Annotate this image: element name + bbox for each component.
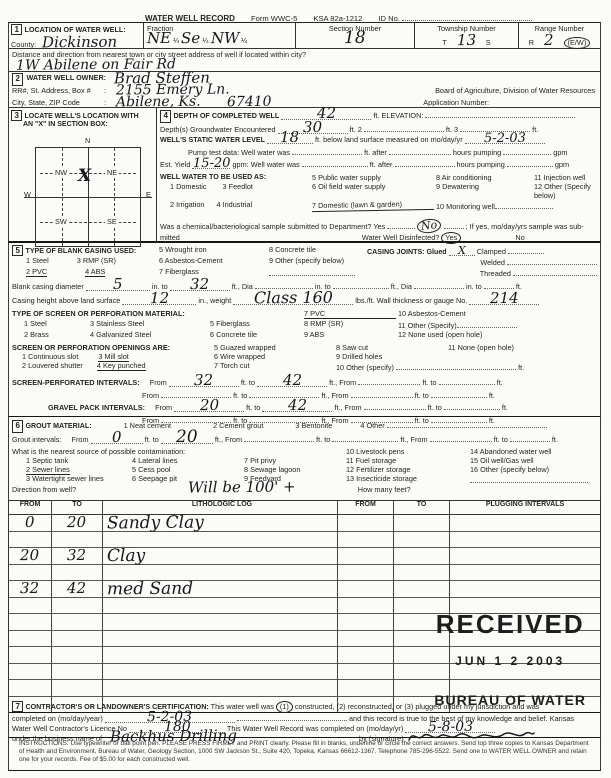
county-value: Dickinson — [42, 35, 117, 51]
section6-number: 6 — [12, 420, 23, 433]
elevation-label: ft. ELEVATION: — [373, 111, 423, 120]
pump-gpm-label: gpm — [553, 148, 567, 157]
contam-option-10: 10 Livestock pens — [346, 447, 468, 456]
section2-number: 2 — [12, 73, 23, 86]
screen-option-10: 10 Asbestos-Cement — [398, 309, 597, 319]
open-option-9: 9 Drilled holes — [336, 352, 446, 361]
record-date-value: 5-8-03 — [428, 720, 473, 734]
section1-township-cell: Township Number T 13 S — [415, 23, 519, 48]
dia-blank-5 — [484, 280, 514, 289]
casing-option-2-selected: 2 PVC — [26, 267, 47, 277]
depth-label: DEPTH OF COMPLETED WELL — [173, 111, 279, 120]
address-colon: : — [104, 86, 106, 97]
use-option-7-selected: 7 Domestic (lawn & garden) — [312, 199, 434, 212]
casing-weight-value: Class 160 — [254, 289, 333, 306]
elevation-blank — [425, 109, 575, 118]
grout-from-value: 0 — [112, 430, 122, 445]
spi-ft-end: ft. — [497, 378, 503, 387]
open-option-11: 11 None (open hole) — [448, 343, 597, 352]
contam-option-7: 7 Pit privy — [244, 456, 344, 465]
gi-ftto-2: ft. to — [316, 435, 330, 444]
disinfected-no: No — [515, 233, 524, 242]
use-option-3: 3 Feedlot — [223, 182, 253, 191]
gpi-from-label: From — [155, 403, 172, 412]
screen-option-12: 12 None used (open hole) — [398, 330, 597, 339]
id-no-blank — [402, 12, 532, 21]
contam-option-11: 11 Fuel storage — [346, 456, 468, 465]
casing-diameter-value: 5 — [113, 277, 123, 292]
section1-location: 1 LOCATION OF WATER WELL: County: Dickin… — [8, 22, 601, 49]
spi2-blank-a — [161, 389, 231, 398]
spi-from-value: 32 — [194, 373, 213, 388]
grout-option-4: 4 Other — [360, 421, 384, 430]
gi-ftto: ft. to — [145, 435, 159, 444]
spi-to-value: 42 — [282, 373, 301, 388]
pump-gpm-blank — [503, 146, 551, 155]
spi2-blank-c — [351, 389, 413, 398]
section-box-diagram: N S W E NW NE SW SE X — [23, 138, 153, 256]
screen-material-title: TYPE OF SCREEN OR PERFORATION MATERIAL: — [12, 309, 302, 319]
section3-number: 3 — [11, 110, 22, 121]
grout-intervals-label: Grout intervals: — [12, 435, 61, 444]
open-option-6: 6 Wire wrapped — [214, 352, 334, 361]
log-2-from: 20 — [20, 548, 39, 563]
yield-ft-blank — [302, 158, 368, 167]
section1-section-cell: Section Number 18 — [296, 23, 415, 48]
quarter-2: ¼ — [202, 36, 208, 45]
gi-from-label: From — [72, 435, 89, 444]
open-option-4-selected: 4 Key punched — [97, 361, 146, 371]
section2-owner: 2 WATER WELL OWNER: Brad Steffen RR#, St… — [8, 72, 601, 107]
log-1-to: 20 — [67, 515, 86, 530]
open-option-7: 7 Torch cut — [214, 361, 334, 372]
casing-option-8: 8 Concrete tile — [269, 245, 365, 256]
casing-title: TYPE OF BLANK CASING USED: — [25, 247, 136, 255]
gpi-ftto-2: ft. to — [428, 403, 442, 412]
screen-option-2: 2 Brass — [12, 330, 88, 339]
water-well-record-form: WATER WELL RECORD Form WWC-5 KSA 82a-121… — [0, 0, 611, 778]
open-option-5: 5 Guazed wrapped — [214, 343, 334, 352]
spi-from-label: From — [150, 378, 167, 387]
yield-hours-blank — [395, 158, 455, 167]
casing-other-blank — [269, 267, 355, 276]
spi2-ft-end: ft. — [489, 391, 495, 400]
spi2-ftfrom: ft., From — [321, 391, 348, 400]
log-3-from: 32 — [20, 581, 39, 596]
fraction-value-1: NE — [147, 31, 171, 46]
section7-number: 7 — [12, 701, 23, 712]
spi2-blank-b — [249, 389, 319, 398]
section3-title-1: LOCATE WELL'S LOCATION WITH — [24, 113, 138, 120]
use-option-8: 8 Air conditioning — [436, 173, 532, 182]
cert-option-2: (2) reconstructed, or — [337, 702, 403, 711]
grout-to-value: 20 — [176, 428, 198, 445]
fraction-value-2: Se — [181, 31, 200, 46]
log-header-to2: TO — [394, 501, 450, 514]
quadrant-ne-label: NE — [105, 168, 119, 177]
screen-option-6: 6 Concrete tile — [210, 330, 302, 339]
gw-3-label: 3 — [454, 125, 458, 134]
yield-hours-label: hours pumping — [457, 160, 505, 169]
screen-option-8: 8 RMP (SR) — [304, 319, 396, 330]
log-row-3: 32 42 med Sand — [9, 581, 600, 598]
static-level-label: WELL'S STATIC WATER LEVEL — [160, 136, 265, 144]
gi-blank-4 — [510, 433, 550, 442]
casing-option-7: 7 Fiberglass — [159, 267, 267, 278]
contam-option-1: 1 Septic tank — [12, 456, 130, 465]
contam-option-15: 15 Oil well/Gas well — [470, 456, 597, 465]
screen-option-11-blank — [457, 319, 517, 328]
gi-blank-2 — [332, 433, 398, 442]
log-2-desc: Clay — [107, 548, 145, 565]
contam-option-16: 16 Other (specify below) — [470, 465, 597, 474]
spi-ftto-2: ft. to — [422, 378, 436, 387]
use-option-10: 10 Monitoring well — [436, 202, 495, 211]
spi-blank-2 — [439, 376, 495, 385]
gi-ftfrom: ft., From — [215, 435, 242, 444]
screen-option-11: 11 Other (Specify) — [398, 321, 457, 330]
yield-www-label: Well water was — [251, 160, 300, 169]
est-yield-label: Est. Yield — [160, 160, 190, 169]
log-header-log: LITHOLOGIC LOG — [103, 501, 338, 514]
range-value: 2 — [544, 33, 554, 48]
contam-other-blank — [470, 474, 588, 483]
gpi-blank-1 — [364, 401, 426, 410]
pump-hours-label: hours pumping — [453, 148, 501, 157]
received-stamp-date: JUN 1 2 2003 — [434, 654, 586, 668]
gi-ft-end: ft. — [552, 435, 558, 444]
casing-option-9: 9 Other (specify below) — [269, 256, 365, 267]
dia-ft-1: ft., Dia — [232, 282, 253, 291]
contam-option-3: 3 Watertight sewer lines — [12, 474, 130, 483]
township-value: 13 — [457, 33, 476, 48]
screen-option-7-selected: 7 PVC — [304, 309, 396, 319]
casing-option-6: 6 Asbestos-Cement — [159, 256, 267, 267]
static-level-mid: ft. below land surface measured on mo/da… — [315, 135, 463, 144]
lithologic-log-table: FROM TO LITHOLOGIC LOG FROM TO PLUGGING … — [8, 500, 601, 713]
contam-option-14: 14 Abandoned water well — [470, 447, 597, 456]
contam-option-5: 5 Cess pool — [132, 465, 242, 474]
use-option-2: 2 Irrigation — [170, 200, 204, 209]
use-option-6: 6 Oil field water supply — [312, 182, 434, 200]
log-row-empty — [9, 565, 600, 582]
log-1-desc: Sandy Clay — [107, 515, 204, 533]
threaded-blank — [513, 267, 597, 276]
yield-gpm-label: gpm — [555, 160, 569, 169]
section-number-value: 18 — [344, 30, 366, 47]
sample-question: Was a chemical/bacteriological sample su… — [160, 222, 385, 231]
gpi-ft-end: ft. — [502, 403, 508, 412]
sample-yes-blank — [387, 220, 415, 229]
section1-fraction-cell: Fraction NE ¼ Se ¼ NW ¼ — [144, 23, 296, 48]
log-2-to: 32 — [67, 548, 86, 563]
use-option-11: 11 Injection well — [534, 173, 597, 182]
cert-body-1: This water well was — [211, 702, 274, 711]
center-line-horizontal — [24, 197, 152, 198]
owner-label: WATER WELL OWNER: — [26, 73, 106, 86]
clamped-label: Clamped — [477, 247, 506, 256]
yield-gpm-blank — [507, 158, 553, 167]
range-ew-circled: (E/W) — [564, 37, 591, 49]
casing-height-label: Casing height above land surface — [12, 296, 120, 305]
gpi-blank-2 — [444, 401, 500, 410]
gi-ftfrom-2: ft., From — [400, 435, 427, 444]
threaded-label: Threaded — [480, 269, 511, 278]
wall-gauge-value: 214 — [490, 290, 519, 305]
openings-title: SCREEN OR PERFORATION OPENINGS ARE: — [12, 343, 212, 352]
casing-option-5: 5 Wrought iron — [159, 245, 267, 256]
spi-label: SCREEN-PERFORATED INTERVALS: — [12, 378, 140, 387]
use-option-1: 1 Domestic — [170, 182, 207, 191]
dia-blank-4 — [414, 280, 464, 289]
section7-certification: 7 CONTRACTOR'S OR LANDOWNER'S CERTIFICAT… — [8, 700, 601, 737]
range-label: Range Number — [519, 24, 600, 33]
casing-option-3: 3 RMP (SR) — [77, 256, 116, 265]
address-label: RR#, St. Address, Box # — [12, 86, 104, 97]
use-title: WELL WATER TO BE USED AS: — [160, 173, 310, 182]
gi-ftto-3: ft. to — [494, 435, 508, 444]
gpi-to-value: 42 — [288, 398, 307, 413]
casing-depth-value: 32 — [190, 277, 209, 292]
log-row-1: 0 20 Sandy Clay — [9, 515, 600, 532]
section5-casing: 5 TYPE OF BLANK CASING USED: 5 Wrought i… — [8, 243, 601, 417]
gw-ft-2: ft. — [446, 125, 452, 134]
township-s: S — [486, 38, 491, 47]
grout-title: GROUT MATERIAL: — [25, 422, 91, 430]
clamped-blank — [508, 245, 544, 254]
wall-label: lbs./ft. Wall thickness or gauge No. — [355, 296, 467, 305]
log-3-to: 42 — [67, 581, 86, 596]
sample-blank2 — [444, 220, 464, 229]
sample-tail: ; If yes, mo/day/yrs sample was sub- — [466, 222, 584, 231]
section-square: NW NE SW SE X — [35, 147, 141, 247]
cert-option-1-circled: (1) — [276, 701, 293, 713]
section5-number: 5 — [12, 245, 23, 256]
completed-on-label: completed on (mo/day/year) — [12, 714, 103, 723]
cert-blank — [237, 712, 347, 721]
glued-x-mark: X — [458, 245, 466, 256]
how-many-feet-label: How many feet? — [358, 485, 411, 494]
welded-label: Welded — [480, 258, 505, 267]
range-r: R — [529, 38, 534, 47]
open-option-1: 1 Continuous slot — [22, 352, 78, 361]
groundwater-1-value: 30 — [303, 120, 322, 135]
township-t: T — [442, 38, 446, 47]
sample-no-circled: No — [417, 218, 443, 234]
quarter-1: ¼ — [173, 36, 179, 45]
spi2-ftto2: ft. to — [415, 391, 429, 400]
groundwater-label: Depth(s) Groundwater Encountered — [160, 125, 276, 134]
est-yield-value: 15-20 — [193, 157, 231, 170]
use-option-4: 4 Industrial — [217, 200, 253, 209]
section1-county-cell: 1 LOCATION OF WATER WELL: County: Dickin… — [9, 23, 144, 48]
spi-ftto: ft. to — [241, 378, 255, 387]
section3-4-block: 3 LOCATE WELL'S LOCATION WITH AN "X" IN … — [8, 107, 601, 243]
pump-ft-blank — [292, 146, 362, 155]
casing-height-value: 12 — [150, 291, 169, 306]
open-option-10: 10 Other (specify) — [336, 363, 394, 372]
use-option-5: 5 Public water supply — [312, 173, 434, 182]
spi2-ftto: ft. to — [233, 391, 247, 400]
compass-n: N — [83, 136, 92, 145]
casing-option-4-selected: 4 ABS — [85, 267, 105, 277]
open-option-2: 2 Louvered shutter — [22, 361, 83, 370]
log-3-desc: med Sand — [107, 581, 193, 599]
received-stamp: RECEIVED JUN 1 2 2003 BUREAU OF WATER — [434, 609, 586, 708]
screen-option-5: 5 Fiberglass — [210, 319, 302, 330]
gw-2-blank — [364, 123, 444, 132]
contam-option-12: 12 Fertilizer storage — [346, 465, 468, 474]
well-location-x-mark: X — [78, 168, 91, 185]
quadrant-se-label: SE — [105, 217, 119, 226]
dia-in-to-3: in. to — [466, 282, 482, 291]
section1-range-cell: Range Number R 2 (E/W) — [519, 23, 600, 48]
section6-grout: 6 GROUT MATERIAL: 1 Neat cement 2 Cement… — [8, 417, 601, 500]
quadrant-sw-label: SW — [53, 217, 69, 226]
casing-option-1: 1 Steel — [26, 256, 49, 265]
contam-option-8: 8 Sewage lagoon — [244, 465, 344, 474]
pump-after-label: ft. after — [364, 148, 387, 157]
gpi-ftto: ft. to — [246, 403, 260, 412]
cert-option-1b: constructed, — [295, 702, 335, 711]
gw-ft-1: ft. — [350, 125, 356, 134]
screen-option-1: 1 Steel — [12, 319, 88, 330]
open-option-10-ft: ft. — [518, 363, 524, 372]
gi-blank-1 — [244, 433, 314, 442]
board-line1: Board of Agriculture, Division of Water … — [435, 86, 595, 97]
contam-option-4: 4 Lateral lines — [132, 456, 242, 465]
section3-locate: 3 LOCATE WELL'S LOCATION WITH AN "X" IN … — [9, 108, 157, 241]
sample-tail-2: mitted — [160, 233, 180, 242]
spi2-from-label: From — [142, 391, 159, 400]
section4-well-data: 4 DEPTH OF COMPLETED WELL 42 ft. ELEVATI… — [157, 108, 600, 241]
pump-hours-blank — [389, 146, 451, 155]
disinfected-label: Water Well Disinfected? — [362, 233, 439, 242]
contamination-question: What is the nearest source of possible c… — [12, 447, 344, 456]
county-label: County: — [11, 40, 36, 49]
gw-2-label: 2 — [358, 125, 362, 134]
use-option-12: 12 Other (Specify below) — [534, 182, 597, 200]
spi2-blank-d — [431, 389, 487, 398]
record-completed-label: This Water Well Record was completed on … — [227, 724, 403, 733]
open-option-8: 8 Saw cut — [336, 343, 446, 352]
log-1-from: 0 — [25, 515, 35, 530]
est-yield-gpm: gpm: — [232, 160, 248, 169]
section1-number: 1 — [11, 24, 22, 35]
grout-other-blank — [387, 419, 547, 428]
quarter-3: ¼ — [241, 36, 247, 45]
grout-option-1: 1 Neat cement — [124, 421, 171, 430]
received-stamp-text: RECEIVED — [434, 609, 586, 640]
weight-label: in., weight — [198, 296, 231, 305]
dia-ft-2: ft., Dia — [391, 282, 412, 291]
grout-option-3: 3 Bentonite — [295, 421, 332, 430]
log-row-empty — [9, 532, 600, 549]
contam-option-13: 13 Insecticide storage — [346, 474, 468, 483]
screen-option-3: 3 Stainless Steel — [90, 319, 208, 330]
welded-blank — [507, 256, 597, 265]
yield-after-label: ft. after — [370, 160, 393, 169]
use-option-9: 9 Dewatering — [436, 182, 532, 200]
gw-ft-3: ft. — [532, 125, 538, 134]
screen-option-9: 9 ABS — [304, 330, 396, 339]
log-header-plugging: PLUGGING INTERVALS — [450, 501, 600, 514]
screen-option-4: 4 Galvanized Steel — [90, 330, 208, 339]
spi-ftfrom: ft., From — [329, 378, 356, 387]
casing-diameter-label: Blank casing diameter — [12, 282, 84, 291]
dia-blank-3 — [333, 280, 389, 289]
gpi-from-value: 20 — [200, 398, 219, 413]
section4-number: 4 — [160, 110, 171, 123]
cert-option-3: (3) plugged under my jurisdiction and wa… — [404, 702, 539, 711]
static-level-date: 5-2-03 — [484, 132, 526, 145]
direction-answer: Will be 100' + — [188, 480, 296, 496]
section3-title-2: AN "X" IN SECTION BOX: — [23, 121, 154, 128]
instructions-text: INSTRUCTIONS: Use typewriter or ball poi… — [19, 740, 590, 765]
log-header-from2: FROM — [338, 501, 394, 514]
direction-question: Direction from well? — [12, 485, 76, 494]
gi-blank-3 — [430, 433, 492, 442]
gpi-ftfrom: ft., From — [334, 403, 361, 412]
log-header-row: FROM TO LITHOLOGIC LOG FROM TO PLUGGING … — [9, 501, 600, 515]
grout-option-2: 2 Cement grout — [213, 421, 263, 430]
quadrant-nw-label: NW — [53, 168, 69, 177]
spi-blank-1 — [358, 376, 420, 385]
casing-joints-label: CASING JOINTS: Glued — [367, 248, 447, 256]
gpi-label: GRAVEL PACK INTERVALS: — [48, 403, 145, 412]
fraction-value-3: NW — [210, 31, 239, 46]
open-option-10-blank — [396, 361, 516, 370]
instructions-box: INSTRUCTIONS: Use typewriter or ball poi… — [8, 737, 601, 771]
log-row-2: 20 32 Clay — [9, 548, 600, 565]
distance-block: Distance and direction from nearest town… — [8, 49, 601, 72]
pump-www-label: Well water was — [241, 148, 290, 157]
static-level-value: 18 — [280, 130, 299, 145]
